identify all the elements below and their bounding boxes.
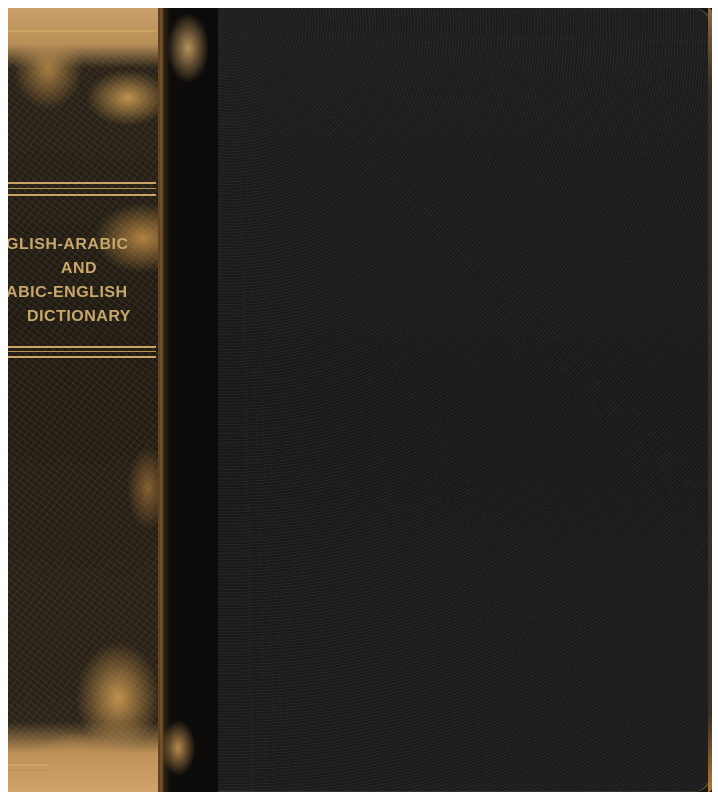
- spine-title-line: AND: [8, 257, 164, 281]
- front-cover-board: [218, 8, 712, 792]
- cover-edge: [708, 8, 712, 792]
- worn-area-bottom: [8, 722, 158, 792]
- gilt-rule: [8, 346, 156, 348]
- worn-area-top: [8, 8, 158, 68]
- book-spine: NGLISH-ARABIC AND RABIC-ENGLISH DICTIONA…: [8, 8, 158, 792]
- book-hinge: [158, 8, 218, 792]
- book-cover-photo: NGLISH-ARABIC AND RABIC-ENGLISH DICTIONA…: [8, 8, 712, 792]
- spine-title-line: DICTIONARY: [8, 305, 164, 329]
- spine-title-line: RABIC-ENGLISH: [8, 281, 164, 305]
- gilt-rule: [8, 770, 48, 771]
- hinge-crease: [160, 8, 163, 792]
- gilt-rule: [8, 356, 156, 358]
- gilt-rule: [8, 30, 156, 32]
- spine-title: NGLISH-ARABIC AND RABIC-ENGLISH DICTIONA…: [8, 233, 164, 329]
- gilt-rule: [8, 188, 156, 189]
- gilt-rule: [8, 35, 156, 36]
- gilt-rule: [8, 182, 156, 184]
- gilt-rule: [8, 194, 156, 196]
- spine-title-line: NGLISH-ARABIC: [8, 233, 164, 257]
- gilt-rule: [8, 351, 156, 352]
- gilt-rule: [8, 764, 48, 766]
